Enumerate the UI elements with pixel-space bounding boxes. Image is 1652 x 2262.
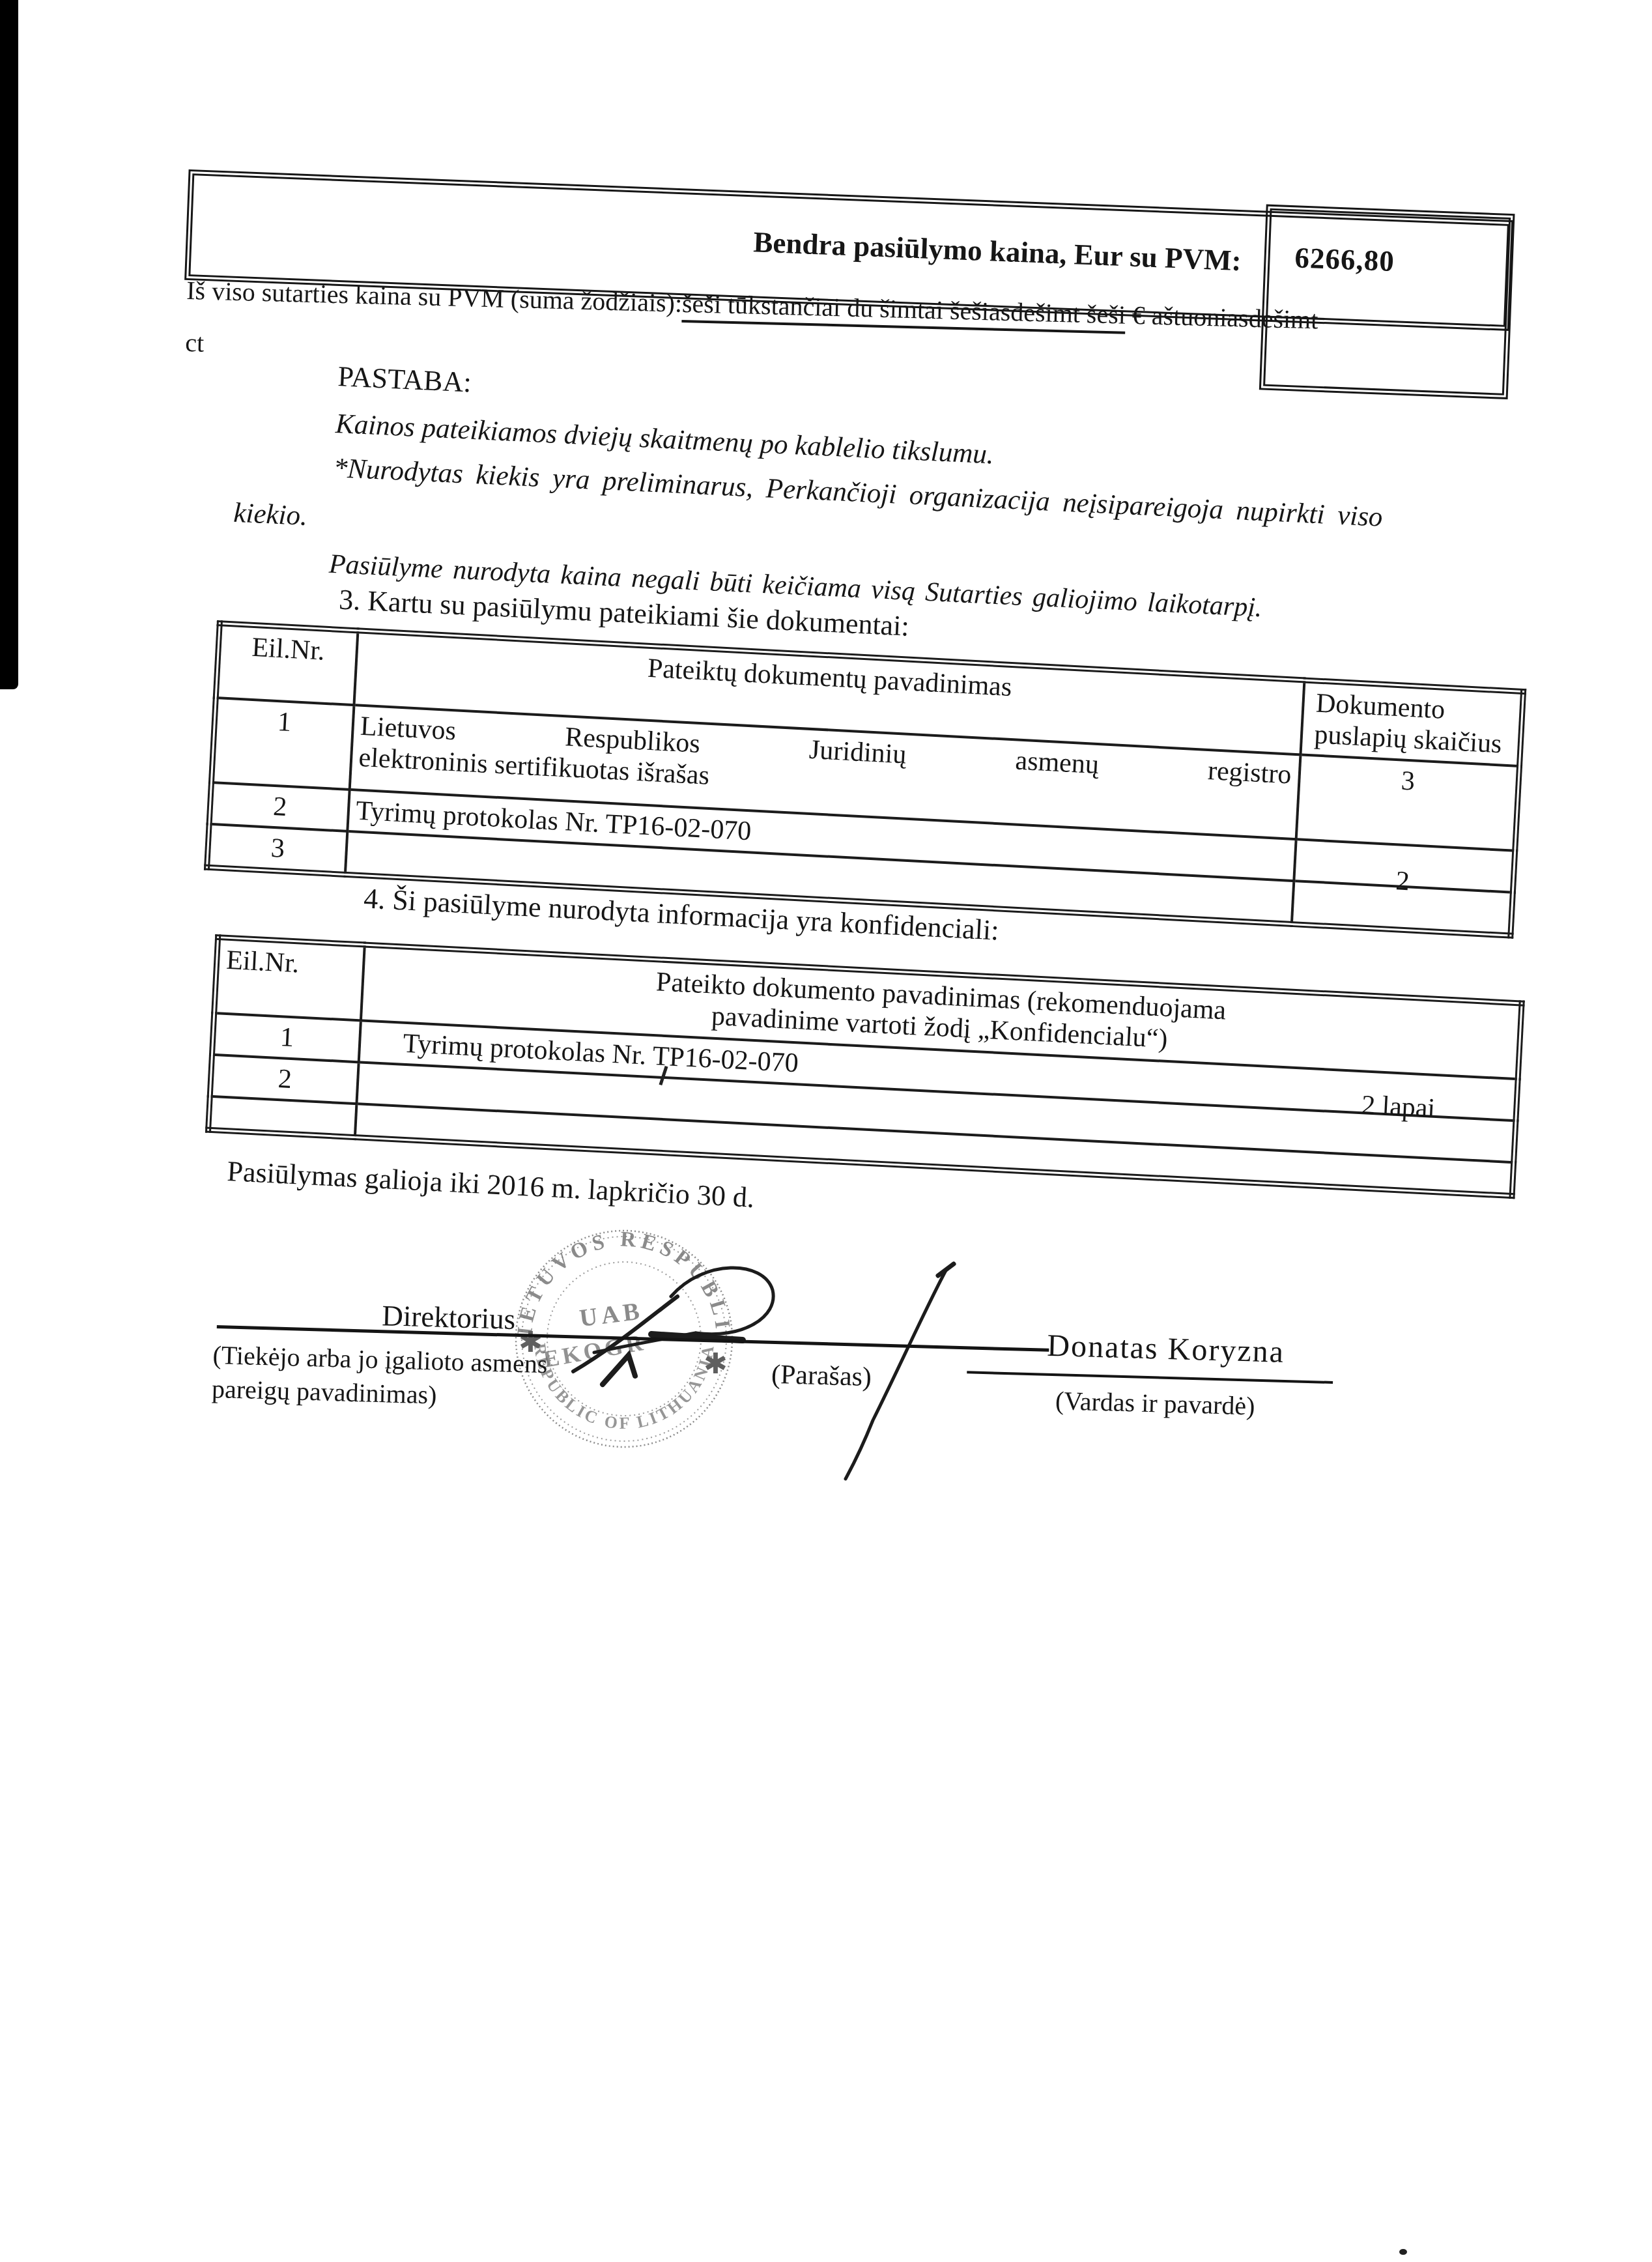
scan-speck [1399, 2249, 1407, 2255]
signature-label: (Parašas) [771, 1359, 872, 1393]
conf-doc-pages: 2 lapai [1361, 1089, 1436, 1124]
row-nr: 1 [211, 698, 354, 790]
sum-cents-abbrev: ct [185, 327, 205, 358]
name-note: (Vardas ir pavardė) [1055, 1385, 1255, 1422]
row-pages: 3 [1296, 754, 1519, 850]
row-nr: 2 [210, 1054, 358, 1103]
pastaba-note-2-continuation: kiekio. [233, 497, 308, 532]
empty-cell [208, 1096, 356, 1137]
scan-artifact-bar [0, 0, 18, 689]
scanned-offer-document: Bendra pasiūlymo kaina, Eur su PVM: 6266… [0, 0, 1652, 2262]
col-header-eilnr: Eil.Nr. [214, 938, 365, 1020]
role-note-line2: pareigų pavadinimas) [211, 1373, 437, 1410]
sum-suffix: € aštuoniasdešimt [1125, 300, 1318, 335]
row-nr: 3 [207, 824, 347, 875]
role-note-line1: (Tiekėjo arba jo įgalioto asmens [212, 1339, 548, 1379]
row-nr: 2 [209, 782, 349, 831]
row-nr: 1 [212, 1012, 361, 1061]
col-header-eilnr: Eil.Nr. [216, 623, 358, 705]
confidential-table: Eil.Nr. Pateikto dokumento pavadinimas (… [205, 934, 1525, 1199]
signature-block: Direktorius (Tiekėjo arba jo įgalioto as… [207, 1276, 1387, 1582]
signature-line-right [967, 1371, 1333, 1384]
signer-name: Donatas Koryzna [1047, 1328, 1285, 1370]
pages-value: 2 [1395, 865, 1410, 897]
price-value-cell [1259, 205, 1515, 399]
price-box-value: 6266,80 [1294, 240, 1395, 278]
pastaba-title: PASTABA: [337, 360, 472, 399]
col-header-pages: Dokumento puslapių skaičius [1300, 680, 1524, 766]
